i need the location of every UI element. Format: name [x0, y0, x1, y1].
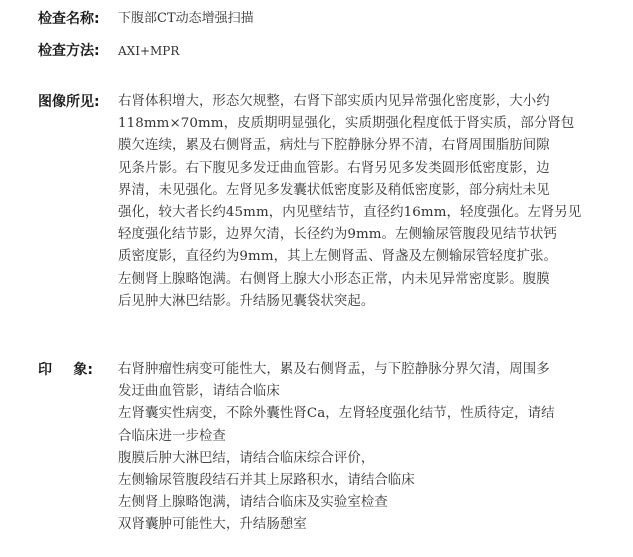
- findings-line: 118mm×70mm，皮质期明显强化，实质期强化程度低于肾实质，部分肾包: [118, 113, 458, 135]
- impression-label-char1: 印: [38, 359, 52, 381]
- findings-line: 后见肿大淋巴结影。升结肠见囊袋状突起。: [118, 291, 458, 313]
- findings-line: 界清，未见强化。左肾见多发囊状低密度影及稍低密度影，部分病灶未见: [118, 180, 458, 202]
- findings-label: 图像所见:: [38, 91, 118, 113]
- exam-name-label: 检查名称:: [38, 8, 118, 30]
- findings-label-row: 图像所见:: [38, 91, 118, 113]
- findings-line: 膜欠连续，累及右侧肾盂，病灶与下腔静脉分界不清，右肾周围脂肪间隙: [118, 135, 458, 157]
- exam-name-value: 下腹部CT动态增强扫描: [118, 8, 254, 30]
- findings-line: 左侧肾上腺略饱满。右侧肾上腺大小形态正常，内未见异常密度影。腹膜: [118, 269, 458, 291]
- impression-label-char2: 象:: [73, 359, 93, 381]
- impression-line: 左肾囊实性病变，不除外囊性肾Ca，左肾轻度强化结节，性质待定，请结: [118, 403, 458, 425]
- impression-line: 腹膜后肿大淋巴结，请结合临床综合评价，: [118, 448, 458, 470]
- impression-line: 右肾肿瘤性病变可能性大，累及右侧肾盂，与下腔静脉分界欠清，周围多: [118, 359, 458, 381]
- impression-label: 印 象:: [38, 359, 93, 381]
- impression-line: 左侧肾上腺略饱满，请结合临床及实验室检查: [118, 492, 458, 514]
- impression-line: 发迂曲血管影，请结合临床: [118, 381, 458, 403]
- impression-line: 左侧输尿管腹段结石并其上尿路积水，请结合临床: [118, 470, 458, 492]
- exam-method-row: 检查方法: AXI+MPR: [38, 40, 179, 62]
- impression-line: 双肾囊肿可能性大，升结肠憩室: [118, 514, 458, 536]
- findings-line: 轻度强化结节影，边界欠清，长径约为9mm。左侧输尿管腹段见结节状钙: [118, 224, 458, 246]
- findings-line: 见条片影。右下腹见多发迂曲血管影。右肾另见多发类圆形低密度影，边: [118, 158, 458, 180]
- impression-line: 合临床进一步检查: [118, 426, 458, 448]
- findings-text: 右肾体积增大，形态欠规整，右肾下部实质内见异常强化密度影，大小约 118mm×7…: [118, 91, 458, 313]
- exam-method-label: 检查方法:: [38, 40, 118, 62]
- exam-method-value: AXI+MPR: [118, 40, 179, 62]
- impression-label-row: 印 象:: [38, 359, 93, 381]
- findings-line: 强化，较大者长约45mm，内见壁结节，直径约16mm，轻度强化。左肾另见: [118, 202, 458, 224]
- impression-text: 右肾肿瘤性病变可能性大，累及右侧肾盂，与下腔静脉分界欠清，周围多 发迂曲血管影，…: [118, 359, 458, 537]
- findings-line: 右肾体积增大，形态欠规整，右肾下部实质内见异常强化密度影，大小约: [118, 91, 458, 113]
- findings-line: 质密度影，直径约为9mm，其上左侧肾盂、肾盏及左侧输尿管轻度扩张。: [118, 246, 458, 268]
- exam-name-row: 检查名称: 下腹部CT动态增强扫描: [38, 8, 254, 30]
